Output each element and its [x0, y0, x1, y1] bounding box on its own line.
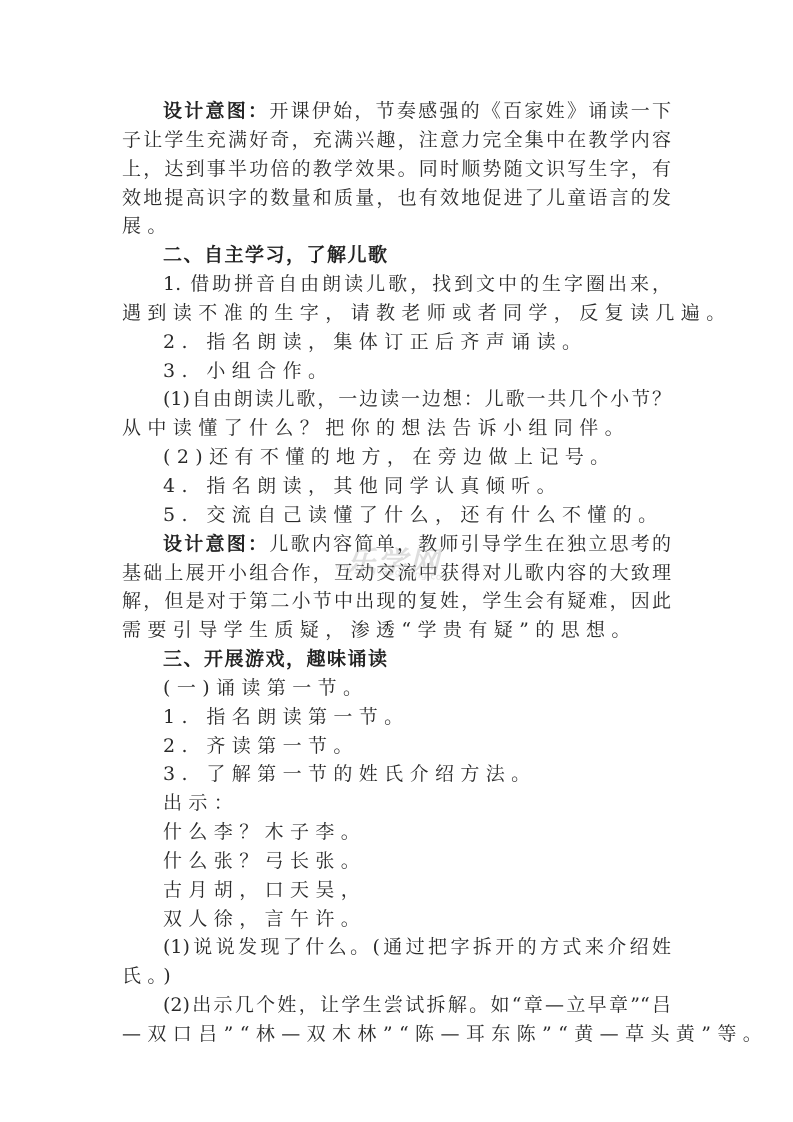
text-segment: —双口吕”“林—双木林”“陈—耳东陈”“黄—草头黄”等。: [122, 1023, 768, 1045]
text-line: 3. 小组合作。: [122, 357, 671, 386]
text-segment: 2. 指名朗读，集体订正后齐声诵读。: [163, 331, 587, 353]
text-segment: 三、开展游戏，趣味诵读: [163, 648, 389, 670]
section-heading: 二、自主学习，了解儿歌: [122, 241, 671, 270]
text-line: 设计意图：开课伊始，节奏感强的《百家姓》诵读一下: [122, 97, 671, 126]
text-segment: 子让学生充满好奇，充满兴趣，注意力完全集中在教学内容: [122, 129, 671, 151]
text-segment: 5. 交流自己读懂了什么，还有什么不懂的。: [163, 504, 664, 526]
text-segment: (2)还有不懂的地方，在旁边做上记号。: [163, 446, 616, 468]
text-line: 什么张？弓长张。: [122, 847, 671, 876]
text-segment: 2. 齐读第一节。: [163, 735, 359, 757]
text-line: 1. 指名朗读第一节。: [122, 703, 671, 732]
text-segment: 上，达到事半功倍的教学效果。同时顺势随文识写生字，有: [122, 158, 671, 180]
text-segment: 基础上展开小组合作，互动交流中获得对儿歌内容的大致理: [122, 562, 671, 584]
text-line: 上，达到事半功倍的教学效果。同时顺势随文识写生字，有: [122, 155, 671, 184]
text-segment: 1. 指名朗读第一节。: [163, 706, 410, 728]
text-line: 3. 了解第一节的姓氏介绍方法。: [122, 760, 671, 789]
text-segment: 需要引导学生质疑，渗透“学贵有疑”的思想。: [122, 619, 637, 641]
text-line: (1)自由朗读儿歌，一边读一边想：儿歌一共几个小节？: [122, 385, 671, 414]
section-heading: 三、开展游戏，趣味诵读: [122, 645, 671, 674]
text-segment: 展。: [122, 215, 173, 237]
text-segment: 3. 小组合作。: [163, 360, 333, 382]
text-line: 古月胡，口天吴，: [122, 876, 671, 905]
text-line: 氏。): [122, 962, 671, 991]
text-line: 2. 指名朗读，集体订正后齐声诵读。: [122, 328, 671, 357]
text-line: —双口吕”“林—双木林”“陈—耳东陈”“黄—草头黄”等。: [122, 1020, 671, 1049]
text-segment: 从中读懂了什么？把你的想法告诉小组同伴。: [122, 417, 630, 439]
text-segment: 古月胡，口天吴，: [163, 879, 366, 901]
text-line: 从中读懂了什么？把你的想法告诉小组同伴。: [122, 414, 671, 443]
text-line: (2)出示几个姓，让学生尝试拆解。如“章—立早章”“吕: [122, 991, 671, 1020]
text-segment: 什么李？木子李。: [163, 821, 366, 843]
text-line: 效地提高识字的数量和质量，也有效地促进了儿童语言的发: [122, 184, 671, 213]
design-intent-label: 设计意图：: [163, 533, 269, 555]
text-line: 4. 指名朗读，其他同学认真倾听。: [122, 472, 671, 501]
text-segment: (1)自由朗读儿歌，一边读一边想：儿歌一共几个小节？: [163, 388, 671, 410]
text-line: 1. 借助拼音自由朗读儿歌，找到文中的生字圈出来，: [122, 270, 671, 299]
text-segment: 1. 借助拼音自由朗读儿歌，找到文中的生字圈出来，: [163, 273, 671, 295]
document-page: 设计意图：开课伊始，节奏感强的《百家姓》诵读一下子让学生充满好奇，充满兴趣，注意…: [122, 97, 671, 1049]
text-segment: 3. 了解第一节的姓氏介绍方法。: [163, 763, 537, 785]
text-segment: 遇到读不准的生字，请教老师或者同学，反复读几遍。: [122, 302, 732, 324]
text-line: 双人徐，言午许。: [122, 905, 671, 934]
text-segment: 效地提高识字的数量和质量，也有效地促进了儿童语言的发: [122, 187, 671, 209]
text-segment: 开课伊始，节奏感强的《百家姓》诵读一下: [269, 100, 671, 122]
text-line: 子让学生充满好奇，充满兴趣，注意力完全集中在教学内容: [122, 126, 671, 155]
text-line: (2)还有不懂的地方，在旁边做上记号。: [122, 443, 671, 472]
text-line: 展。: [122, 212, 671, 241]
text-line: 基础上展开小组合作，互动交流中获得对儿歌内容的大致理: [122, 559, 671, 588]
text-line: 2. 齐读第一节。: [122, 732, 671, 761]
text-line: 遇到读不准的生字，请教老师或者同学，反复读几遍。: [122, 299, 671, 328]
text-segment: 双人徐，言午许。: [163, 908, 366, 930]
text-segment: (一)诵读第一节。: [163, 677, 368, 699]
text-line: 5. 交流自己读懂了什么，还有什么不懂的。: [122, 501, 671, 530]
text-segment: (2)出示几个姓，让学生尝试拆解。如“章—立早章”“吕: [163, 994, 671, 1016]
text-segment: 二、自主学习，了解儿歌: [163, 244, 389, 266]
text-line: 需要引导学生质疑，渗透“学贵有疑”的思想。: [122, 616, 671, 645]
text-segment: 出示：: [163, 792, 239, 814]
text-segment: (1)说说发现了什么。(通过把字拆开的方式来介绍姓: [163, 936, 671, 958]
text-line: (一)诵读第一节。: [122, 674, 671, 703]
text-segment: 氏。): [122, 965, 177, 987]
text-segment: 什么张？弓长张。: [163, 850, 366, 872]
design-intent-label: 设计意图：: [163, 100, 269, 122]
text-segment: 4. 指名朗读，其他同学认真倾听。: [163, 475, 562, 497]
text-line: 设计意图：儿歌内容简单，教师引导学生在独立思考的: [122, 530, 671, 559]
text-line: 出示：: [122, 789, 671, 818]
text-line: (1)说说发现了什么。(通过把字拆开的方式来介绍姓: [122, 933, 671, 962]
text-line: 解，但是对于第二小节中出现的复姓，学生会有疑难，因此: [122, 587, 671, 616]
text-segment: 解，但是对于第二小节中出现的复姓，学生会有疑难，因此: [122, 590, 671, 612]
text-line: 什么李？木子李。: [122, 818, 671, 847]
text-segment: 儿歌内容简单，教师引导学生在独立思考的: [269, 533, 671, 555]
